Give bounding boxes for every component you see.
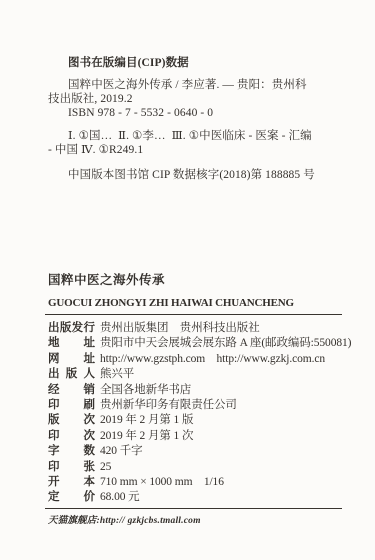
cip-data-block: 图书在版编目(CIP)数据 国粹中医之海外传承 / 李应著. — 贵阳：贵州科 … xyxy=(48,56,345,182)
colophon-row-printing: 印刷 贵州新华印务有限责任公司 xyxy=(48,396,342,411)
cip-title-author-line: 国粹中医之海外传承 / 李应著. — 贵阳：贵州科 xyxy=(48,78,345,92)
colophon-label: 印刷 xyxy=(48,396,95,412)
cip-record-number-line: 中国版本图书馆 CIP 数据核字(2018)第 188885 号 xyxy=(48,168,345,182)
book-copyright-page: 图书在版编目(CIP)数据 国粹中医之海外传承 / 李应著. — 贵阳：贵州科 … xyxy=(0,0,375,560)
colophon-row-sheets: 印张 25 xyxy=(48,458,342,473)
colophon-value: 25 xyxy=(100,461,111,473)
colophon-label: 版次 xyxy=(48,411,95,427)
colophon-value: http://www.gzstph.com http://www.gzkj.co… xyxy=(100,350,325,366)
colophon-row-website: 网址 http://www.gzstph.com http://www.gzkj… xyxy=(48,350,342,365)
colophon-value: 2019 年 2 月第 1 次 xyxy=(100,427,193,443)
cip-classification-line-2: - 中国 Ⅳ. ①R249.1 xyxy=(48,143,345,157)
colophon-label: 印次 xyxy=(48,427,95,443)
colophon-row-publisher: 出版发行 贵州出版集团 贵州科技出版社 xyxy=(48,319,342,334)
book-title-chinese: 国粹中医之海外传承 xyxy=(48,270,345,288)
colophon-label: 定价 xyxy=(48,488,95,504)
colophon-row-format: 开本 710 mm × 1000 mm 1/16 xyxy=(48,473,342,488)
colophon-value: 贵阳市中天会展城会展东路 A 座(邮政编码:550081) xyxy=(100,334,351,350)
cip-isbn-line: ISBN 978 - 7 - 5532 - 0640 - 0 xyxy=(48,106,345,120)
colophon-row-publisher-person: 出版人 熊兴平 xyxy=(48,365,342,380)
colophon-label: 经销 xyxy=(48,381,95,397)
book-title-pinyin: GUOCUI ZHONGYI ZHI HAIWAI CHUANCHENG xyxy=(48,297,345,309)
colophon-row-address: 地址 贵阳市中天会展城会展东路 A 座(邮政编码:550081) xyxy=(48,334,342,349)
colophon-table: 出版发行 贵州出版集团 贵州科技出版社 地址 贵阳市中天会展城会展东路 A 座(… xyxy=(45,314,342,509)
colophon-label: 字数 xyxy=(48,442,95,458)
book-title-block: 国粹中医之海外传承 GUOCUI ZHONGYI ZHI HAIWAI CHUA… xyxy=(48,270,345,309)
tmall-store-note: 天猫旗舰店:http:// gzkjcbs.tmall.com xyxy=(48,512,201,526)
colophon-row-distribution: 经销 全国各地新华书店 xyxy=(48,381,342,396)
colophon-value: 2019 年 2 月第 1 版 xyxy=(100,411,193,427)
colophon-label: 网址 xyxy=(48,350,95,366)
cip-classification-line-1: Ⅰ. ①国… Ⅱ. ①李… Ⅲ. ①中医临床 - 医案 - 汇编 xyxy=(48,129,345,143)
colophon-row-price: 定价 68.00 元 xyxy=(48,488,342,503)
colophon-value: 贵州出版集团 贵州科技出版社 xyxy=(100,319,260,335)
colophon-value: 710 mm × 1000 mm 1/16 xyxy=(100,473,224,489)
colophon-value: 全国各地新华书店 xyxy=(100,381,191,397)
colophon-label: 出版发行 xyxy=(48,319,95,335)
colophon-row-impression: 印次 2019 年 2 月第 1 次 xyxy=(48,427,342,442)
colophon-value: 贵州新华印务有限责任公司 xyxy=(100,396,237,412)
cip-header: 图书在版编目(CIP)数据 xyxy=(48,56,345,70)
colophon-row-edition: 版次 2019 年 2 月第 1 版 xyxy=(48,411,342,426)
colophon-value: 420 千字 xyxy=(100,442,143,458)
cip-publisher-continuation-line: 技出版社, 2019.2 xyxy=(48,92,345,106)
colophon-value: 熊兴平 xyxy=(100,365,134,381)
colophon-value: 68.00 元 xyxy=(100,488,140,504)
colophon-label: 出版人 xyxy=(48,365,95,381)
colophon-label: 地址 xyxy=(48,334,95,350)
colophon-row-word-count: 字数 420 千字 xyxy=(48,442,342,457)
colophon-label: 印张 xyxy=(48,458,95,474)
colophon-label: 开本 xyxy=(48,473,95,489)
